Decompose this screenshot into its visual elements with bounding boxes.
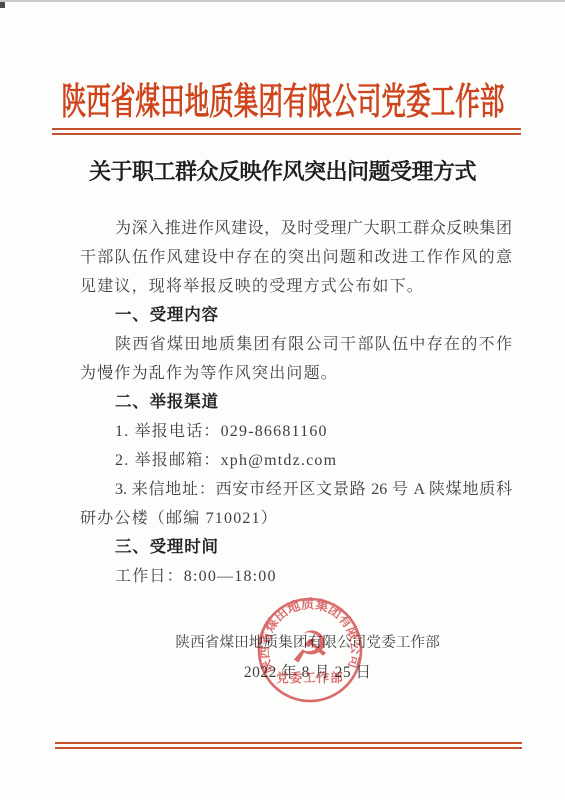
footer-double-rule	[55, 742, 522, 749]
scanned-notice-page: 陕西省煤田地质集团有限公司党委工作部 关于职工群众反映作风突出问题受理方式 为深…	[0, 0, 565, 800]
report-phone-line: 1. 举报电话：029-86681160	[80, 417, 512, 446]
signature-org: 陕西省煤田地质集团有限公司党委工作部	[175, 628, 440, 658]
intro-line-1: 为深入推进作风建设，及时受理广大职工群众反映集团	[80, 214, 512, 243]
document-body: 为深入推进作风建设，及时受理广大职工群众反映集团 干部队伍作风建设中存在的突出问…	[80, 214, 512, 591]
letterhead-org-name: 陕西省煤田地质集团有限公司党委工作部	[61, 71, 504, 125]
intro-line-3: 见建议，现将举报反映的受理方式公布如下。	[80, 272, 512, 301]
section-1-line-1: 陕西省煤田地质集团有限公司干部队伍中存在的不作	[80, 330, 512, 359]
report-address-line-2: 研办公楼（邮编 710021）	[80, 504, 512, 533]
scan-artifact	[0, 2, 5, 8]
working-hours-line: 工作日：8:00—18:00	[80, 562, 512, 591]
report-address-line-1: 3. 来信地址：西安市经开区文景路 26 号 A 陕煤地质科	[80, 475, 512, 504]
section-1-heading: 一、受理内容	[80, 301, 512, 330]
signature-date: 2022 年 8 月 25 日	[175, 658, 440, 688]
intro-line-2: 干部队伍作风建设中存在的突出问题和改进工作作风的意	[80, 243, 512, 272]
document-title: 关于职工群众反映作风突出问题受理方式	[0, 155, 565, 187]
signature-block: 陕西省煤田地质集团有限公司党委工作部 2022 年 8 月 25 日	[175, 628, 440, 688]
section-3-heading: 三、受理时间	[80, 533, 512, 562]
report-email-line: 2. 举报邮箱：xph@mtdz.com	[80, 446, 512, 475]
letterhead-double-rule	[52, 128, 521, 135]
letterhead: 陕西省煤田地质集团有限公司党委工作部	[0, 72, 565, 124]
section-1-line-2: 为慢作为乱作为等作风突出问题。	[80, 359, 512, 388]
section-2-heading: 二、举报渠道	[80, 388, 512, 417]
